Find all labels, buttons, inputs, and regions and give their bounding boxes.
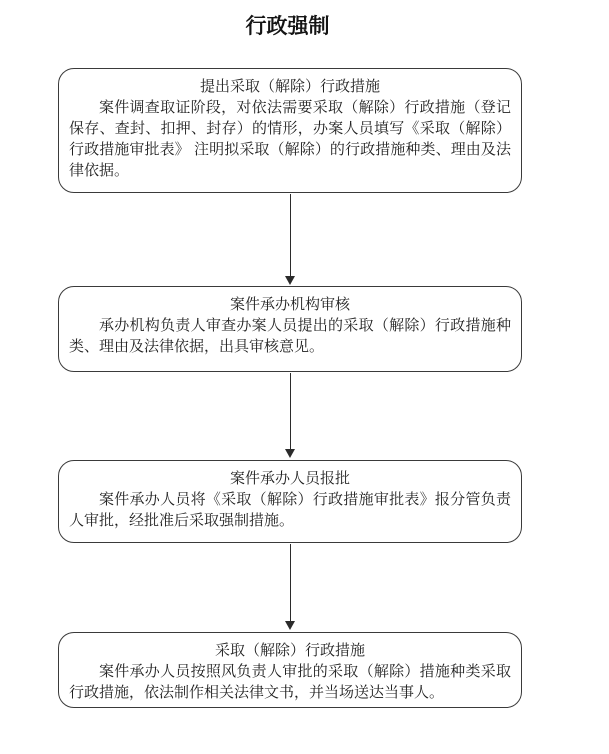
flow-step-body: 案件承办人员按照风负责人审批的采取（解除）措施种类采取行政措施，依法制作相关法律… xyxy=(69,661,511,703)
arrow-line xyxy=(290,544,291,624)
arrow-down-icon xyxy=(285,276,295,285)
flow-step-agency-review: 案件承办机构审核 承办机构负责人审查办案人员提出的采取（解除）行政措施种类、理由… xyxy=(58,286,522,372)
flow-step-body: 案件调查取证阶段，对依法需要采取（解除）行政措施（登记保存、查封、扣押、封存）的… xyxy=(69,97,511,181)
flow-step-body: 案件承办人员将《采取（解除）行政措施审批表》报分管负责人审批，经批准后采取强制措… xyxy=(69,489,511,531)
flow-step-title: 案件承办机构审核 xyxy=(69,294,511,315)
arrow-down-icon xyxy=(285,621,295,630)
flow-step-title: 提出采取（解除）行政措施 xyxy=(69,76,511,97)
flow-arrow-1 xyxy=(285,194,296,285)
arrow-line xyxy=(290,194,291,279)
flow-step-title: 案件承办人员报批 xyxy=(69,468,511,489)
arrow-line xyxy=(290,373,291,452)
flow-arrow-2 xyxy=(285,373,296,458)
flowchart-page: 行政强制 提出采取（解除）行政措施 案件调查取证阶段，对依法需要采取（解除）行政… xyxy=(0,0,609,754)
flow-step-submit-approval: 案件承办人员报批 案件承办人员将《采取（解除）行政措施审批表》报分管负责人审批，… xyxy=(58,460,522,543)
page-title: 行政强制 xyxy=(0,10,575,40)
flow-step-body: 承办机构负责人审查办案人员提出的采取（解除）行政措施种类、理由及法律依据，出具审… xyxy=(69,315,511,357)
flow-step-propose-measures: 提出采取（解除）行政措施 案件调查取证阶段，对依法需要采取（解除）行政措施（登记… xyxy=(58,68,522,193)
flow-step-take-measures: 采取（解除）行政措施 案件承办人员按照风负责人审批的采取（解除）措施种类采取行政… xyxy=(58,632,522,708)
arrow-down-icon xyxy=(285,449,295,458)
flow-arrow-3 xyxy=(285,544,296,630)
flow-step-title: 采取（解除）行政措施 xyxy=(69,640,511,661)
